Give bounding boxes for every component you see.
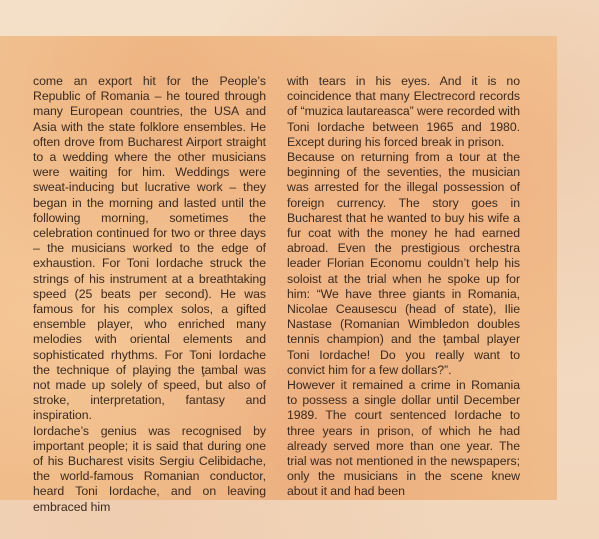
right-paragraph-1: with tears in his eyes. And it is no coi… [287,74,520,150]
left-column: come an export hit for the People’s Repu… [33,74,266,515]
right-paragraph-2: Because on returning from a tour at the … [287,150,520,378]
left-paragraph-1: come an export hit for the People’s Repu… [33,74,266,424]
text-panel: come an export hit for the People’s Repu… [0,36,557,500]
right-paragraph-3: However it remained a crime in Romania t… [287,378,520,500]
left-paragraph-2: Iordache’s genius was recognised by impo… [33,424,266,515]
right-column: with tears in his eyes. And it is no coi… [287,74,520,500]
